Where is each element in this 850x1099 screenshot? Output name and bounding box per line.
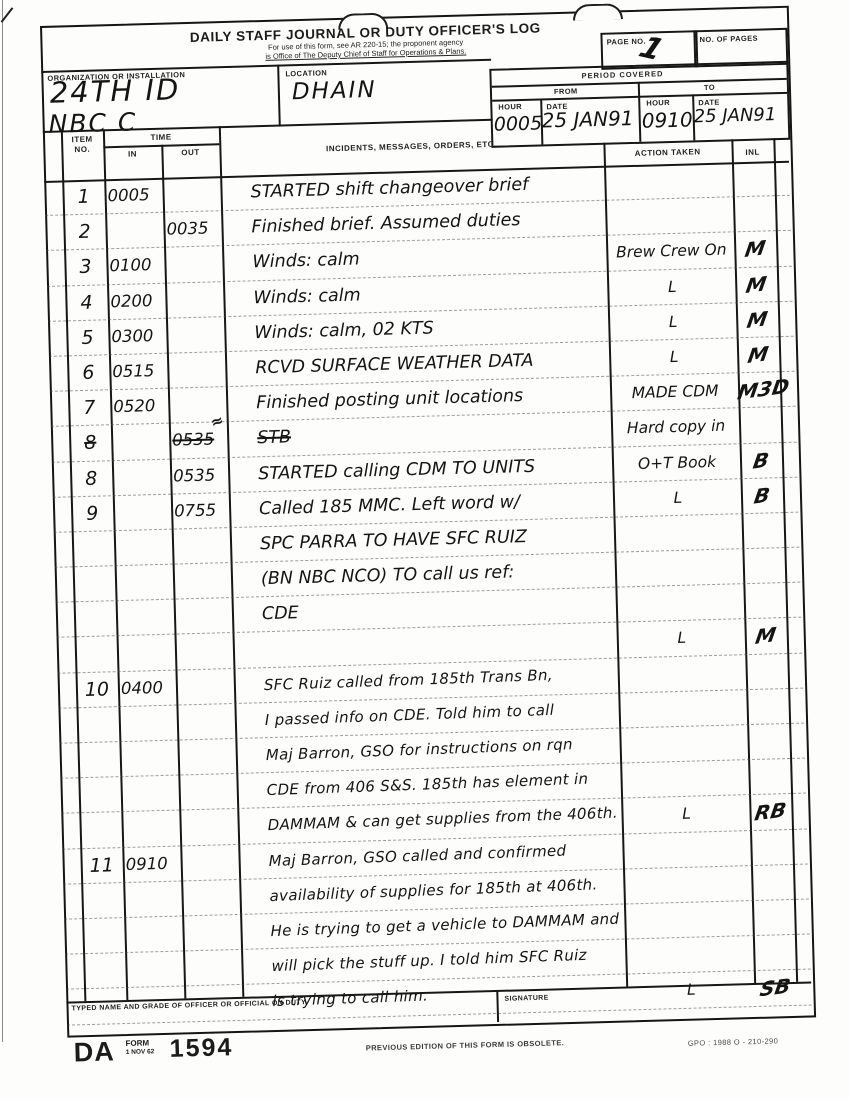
incident-text: Finished posting unit locations xyxy=(256,379,609,419)
time-in: 0910 xyxy=(125,848,179,879)
incident-text: RCVD SURFACE WEATHER DATA xyxy=(255,344,608,384)
action-taken xyxy=(607,200,733,203)
time-in xyxy=(128,954,181,955)
initials: M xyxy=(733,302,781,338)
item-no xyxy=(83,955,125,956)
time-out xyxy=(175,530,228,531)
action-taken xyxy=(626,903,752,906)
action-taken: L xyxy=(623,797,750,830)
initials xyxy=(752,935,795,941)
action-taken xyxy=(617,586,743,589)
initials: M xyxy=(734,337,782,373)
action-taken: L xyxy=(609,270,736,303)
item-no xyxy=(75,639,117,640)
log-entries: 1 0005 STARTED shift changeover brief 2 … xyxy=(44,161,812,1025)
time-in xyxy=(118,567,171,568)
time-in: 0100 xyxy=(109,250,163,281)
time-in: 0515 xyxy=(112,356,166,387)
incident-text: STARTED shift changeover brief xyxy=(250,168,603,208)
from-date-value: 25 JAN91 xyxy=(541,106,633,132)
time-out xyxy=(171,389,224,390)
item-no: 2 xyxy=(63,216,106,247)
time-in xyxy=(119,602,172,603)
obsolete-note: PREVIOUS EDITION OF THIS FORM IS OBSOLET… xyxy=(366,1038,565,1052)
initials xyxy=(752,900,795,906)
initials xyxy=(748,759,791,765)
initials xyxy=(751,864,794,870)
incident-text: (BN NBC NCO) TO call us ref: xyxy=(261,555,614,595)
action-taken: L xyxy=(611,340,738,373)
action-taken xyxy=(627,938,753,941)
time-in xyxy=(127,918,180,919)
incident-text: SPC PARRA TO HAVE SFC RUIZ xyxy=(260,520,613,560)
scan-page-edge xyxy=(2,0,3,1042)
item-no: 7 xyxy=(68,392,111,423)
action-taken: MADE CDM xyxy=(612,375,739,408)
item-no: 8 xyxy=(70,463,113,494)
item-no: 10 xyxy=(76,674,119,705)
time-in xyxy=(124,813,177,814)
form-number: 1594 xyxy=(169,1033,233,1064)
initials xyxy=(738,407,781,413)
incident-text: Winds: calm xyxy=(253,273,606,313)
time-in xyxy=(126,883,179,884)
time-in: 0520 xyxy=(113,391,167,422)
incident-text: STB xyxy=(257,414,610,454)
item-no xyxy=(78,779,120,780)
col-initials-label: INL xyxy=(732,147,774,157)
initials xyxy=(745,653,788,659)
action-taken: Hard copy in xyxy=(613,411,740,444)
item-no: 6 xyxy=(67,357,110,388)
initials xyxy=(746,689,789,695)
incident-text: CDE xyxy=(262,590,615,630)
item-no: 9 xyxy=(71,498,114,529)
scanned-form: DAILY STAFF JOURNAL OR DUTY OFFICER'S LO… xyxy=(40,6,813,1076)
action-taken xyxy=(621,727,747,730)
action-taken xyxy=(625,868,751,871)
item-no: 8 xyxy=(69,428,112,459)
item-no xyxy=(72,533,114,534)
action-taken: L xyxy=(610,305,737,338)
item-no xyxy=(73,568,115,569)
item-no: 3 xyxy=(64,252,107,283)
incident-text: Called 185 MMC. Left word w/ xyxy=(259,484,612,524)
initials xyxy=(747,724,790,730)
time-out xyxy=(179,671,232,672)
item-no xyxy=(82,920,124,921)
time-out: 0035 xyxy=(166,213,220,244)
time-out xyxy=(180,741,233,742)
time-out xyxy=(168,284,221,285)
time-out xyxy=(167,249,220,250)
time-in xyxy=(129,989,182,990)
action-taken xyxy=(616,516,742,519)
incident-text: STARTED calling CDM TO UNITS xyxy=(258,449,611,489)
action-taken: L xyxy=(628,973,755,1006)
initials: RB xyxy=(747,794,795,830)
initials: M xyxy=(732,267,780,303)
signature-label: SIGNATURE xyxy=(504,995,548,1003)
location-value: DHAIN xyxy=(292,77,377,105)
item-no xyxy=(79,814,121,815)
form-edition-date: 1 NOV 62 xyxy=(126,1048,155,1056)
action-taken: L xyxy=(615,481,742,514)
time-out xyxy=(165,178,218,179)
item-no: 5 xyxy=(66,322,109,353)
time-in xyxy=(123,778,176,779)
item-no xyxy=(84,990,126,991)
time-in xyxy=(122,707,175,708)
initials xyxy=(732,161,775,167)
time-out xyxy=(170,354,223,355)
initials xyxy=(742,548,785,554)
page-no-label: PAGE NO. xyxy=(607,37,647,47)
from-hour-label: HOUR xyxy=(498,102,522,112)
initials xyxy=(750,829,793,835)
initials: SB xyxy=(752,970,800,1006)
action-taken: L xyxy=(618,622,745,655)
scanned-log-page: { "form": { "title": "DAILY STAFF JOURNA… xyxy=(0,0,850,1099)
time-in xyxy=(122,743,175,744)
time-in xyxy=(116,496,169,497)
gpo-print-note: GPO : 1988 O - 210-290 xyxy=(688,1036,779,1047)
initials: M3D xyxy=(735,372,783,408)
time-in xyxy=(115,461,168,462)
initials: B xyxy=(737,442,785,478)
initials: M xyxy=(732,231,780,267)
to-hour-label: HOUR xyxy=(646,98,670,108)
initials: M xyxy=(742,618,790,654)
initials: B xyxy=(738,478,786,514)
time-out xyxy=(169,319,222,320)
initials xyxy=(741,513,784,519)
time-in xyxy=(120,637,173,638)
initials xyxy=(743,583,786,589)
col-item-label-2: NO. xyxy=(61,144,103,154)
time-out xyxy=(181,776,234,777)
from-hour-value: 0005 xyxy=(494,112,543,135)
form-number-prefix: DA xyxy=(73,1036,115,1068)
time-out xyxy=(182,811,235,812)
time-out: 0755 xyxy=(174,495,228,526)
action-taken: O+T Book xyxy=(614,446,741,479)
col-out-label: OUT xyxy=(161,147,219,158)
form-word: FORM xyxy=(125,1039,149,1048)
action-taken xyxy=(620,692,746,695)
incident-text: Finished brief. Assumed duties xyxy=(251,203,604,243)
to-label: TO xyxy=(704,83,715,92)
action-taken xyxy=(622,762,748,765)
time-in: 0005 xyxy=(107,180,161,211)
incident-text: Winds: calm, 02 KTS xyxy=(254,309,607,349)
initials xyxy=(732,196,775,202)
item-no: 4 xyxy=(65,287,108,318)
action-taken xyxy=(606,164,732,167)
item-no xyxy=(81,885,123,886)
time-out xyxy=(186,952,239,953)
time-in: 0200 xyxy=(110,285,164,316)
time-out xyxy=(187,987,240,988)
item-no: 11 xyxy=(80,850,123,881)
no-of-pages-label: NO. OF PAGES xyxy=(699,34,758,45)
item-no xyxy=(77,744,119,745)
item-no xyxy=(74,603,116,604)
action-taken xyxy=(624,833,750,836)
to-date-value: 25 JAN91 xyxy=(693,104,776,127)
col-item-label-1: ITEM xyxy=(61,134,103,144)
item-no xyxy=(77,709,119,710)
time-out xyxy=(178,636,231,637)
time-out xyxy=(184,882,237,883)
action-taken: Brew Crew On xyxy=(608,235,735,268)
time-out xyxy=(185,917,238,918)
col-in-label: IN xyxy=(103,149,161,160)
time-in xyxy=(117,532,170,533)
action-taken xyxy=(619,657,745,660)
location-label: LOCATION xyxy=(285,68,327,78)
to-hour-value: 0910 xyxy=(641,107,693,132)
time-in xyxy=(114,426,167,427)
from-label: FROM xyxy=(554,86,578,96)
item-no: 1 xyxy=(62,181,105,212)
time-out xyxy=(183,847,236,848)
time-out xyxy=(177,600,230,601)
time-out xyxy=(179,706,232,707)
time-in: 0400 xyxy=(121,672,175,703)
time-in xyxy=(108,215,161,216)
action-taken xyxy=(617,551,743,554)
time-out xyxy=(176,565,229,566)
time-out: 0535 xyxy=(173,460,227,491)
time-in: 0300 xyxy=(111,321,165,352)
period-covered-label: PERIOD COVERED xyxy=(581,69,663,80)
organization-value-line1: 24TH ID xyxy=(49,72,180,110)
